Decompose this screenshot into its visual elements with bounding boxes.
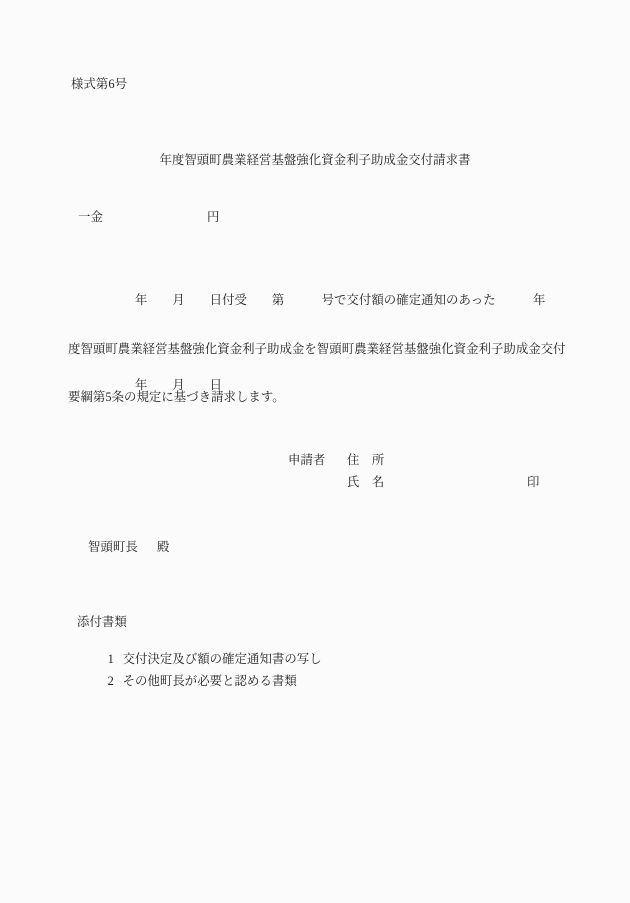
applicant-address-label: 住 所 [347,453,384,467]
form-number: 様式第6号 [71,77,127,91]
attachment-item-text: その他町長が必要と認める書類 [123,674,297,688]
attachment-item-number: 2 [108,674,123,688]
seal-label: 印 [527,475,539,489]
amount-unit-label: 円 [207,210,219,224]
document-title: 年度智頭町農業経営基盤強化資金利子助成金交付請求書 [0,153,630,167]
applicant-label: 申請者 [288,453,325,467]
attachment-item: 2その他町長が必要と認める書類 [95,660,297,702]
request-date-line: 年 月 日 [135,378,222,392]
request-body: 年 月 日付受 第 号で交付額の確定通知のあった 年 度智頭町農業経営基盤強化資… [68,262,568,436]
applicant-name-label: 氏 名 [347,475,384,489]
document-page: 様式第6号 年度智頭町農業経営基盤強化資金利子助成金交付請求書 一金 円 年 月… [0,0,630,903]
attachments-heading: 添付書類 [77,615,127,629]
body-line-2: 度智頭町農業経営基盤強化資金利子助成金を智頭町農業経営基盤強化資金利子助成金交付 [68,339,568,360]
body-line-1: 年 月 日付受 第 号で交付額の確定通知のあった 年 [68,290,568,311]
addressee-honorific: 殿 [157,540,169,554]
amount-prefix-label: 一金 [78,210,103,224]
addressee-name: 智頭町長 [88,540,138,554]
